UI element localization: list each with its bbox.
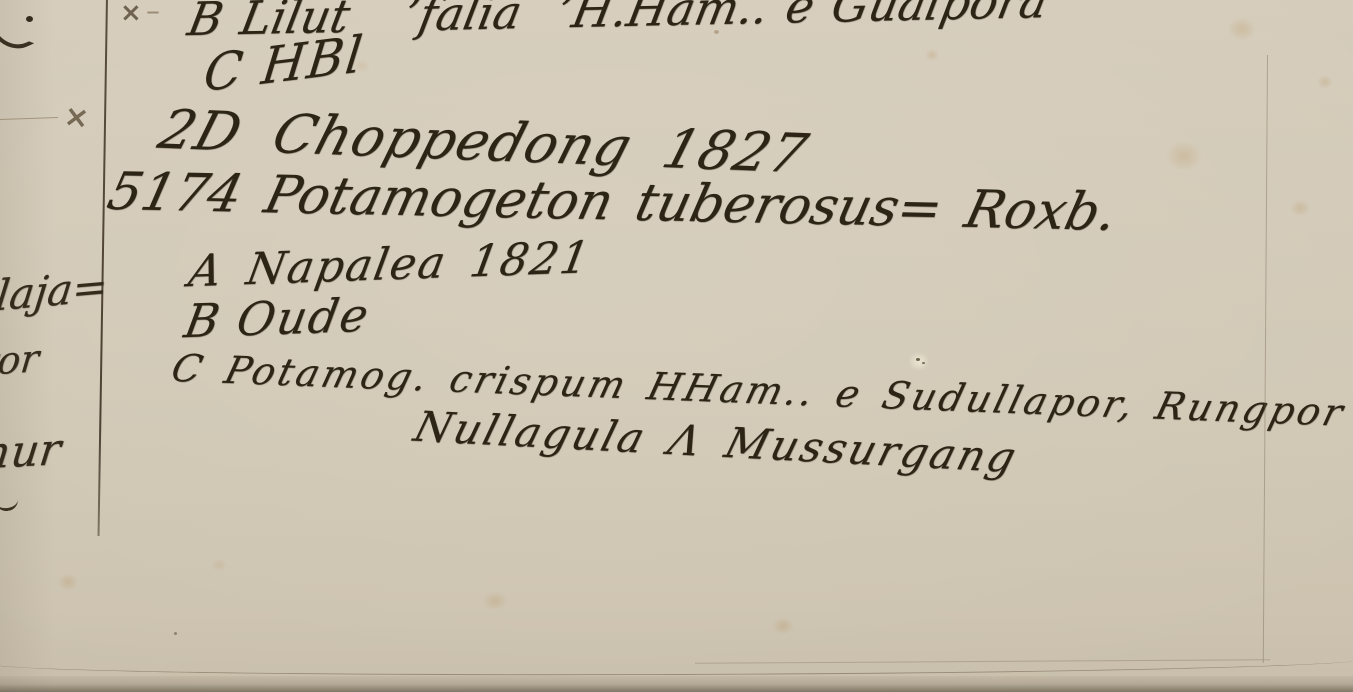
handwritten-line: 5174 Potamogeton tuberosus= Roxb. — [102, 162, 1123, 243]
foxing-stain — [1286, 196, 1314, 220]
handwritten-line: A Napalea 1821 — [185, 232, 595, 297]
foxing-stain — [1314, 72, 1336, 92]
sheet-edge-vertical — [1263, 55, 1268, 663]
margin-x-mark-column: × — [120, 0, 142, 28]
speck — [922, 362, 925, 364]
margin-dash-mark: – — [146, 0, 160, 27]
margin-x-mark-left: × — [62, 98, 92, 136]
foxing-stain — [1158, 134, 1210, 178]
margin-word-fragment: hur — [0, 424, 64, 479]
ink-speck — [174, 632, 177, 635]
ink-stroke-fragment-bottom-left — [0, 493, 19, 513]
margin-word-fragment: ror — [0, 336, 41, 385]
ink-dot-fragment-top-left — [26, 16, 33, 22]
handwritten-line: B Oude — [180, 288, 374, 349]
foxing-stain — [922, 46, 942, 64]
foxing-stain — [478, 588, 512, 614]
foxing-stain — [208, 556, 230, 574]
foxing-stain — [1222, 12, 1262, 46]
speck — [916, 358, 920, 361]
page-crease-line — [0, 650, 1353, 678]
paper-accretion-spot — [905, 349, 933, 374]
foxing-stain — [54, 570, 82, 594]
manuscript-page: × × – llaja= ror hur B Lilut ’falia ’H.H… — [0, 0, 1353, 692]
pencil-guide-line — [0, 117, 58, 120]
margin-word-fragment: llaja= — [0, 261, 111, 322]
foxing-stain — [768, 614, 798, 638]
ink-speck — [714, 30, 719, 34]
foxing-stain — [350, 56, 374, 76]
bottom-edge-shadow — [0, 684, 1353, 692]
